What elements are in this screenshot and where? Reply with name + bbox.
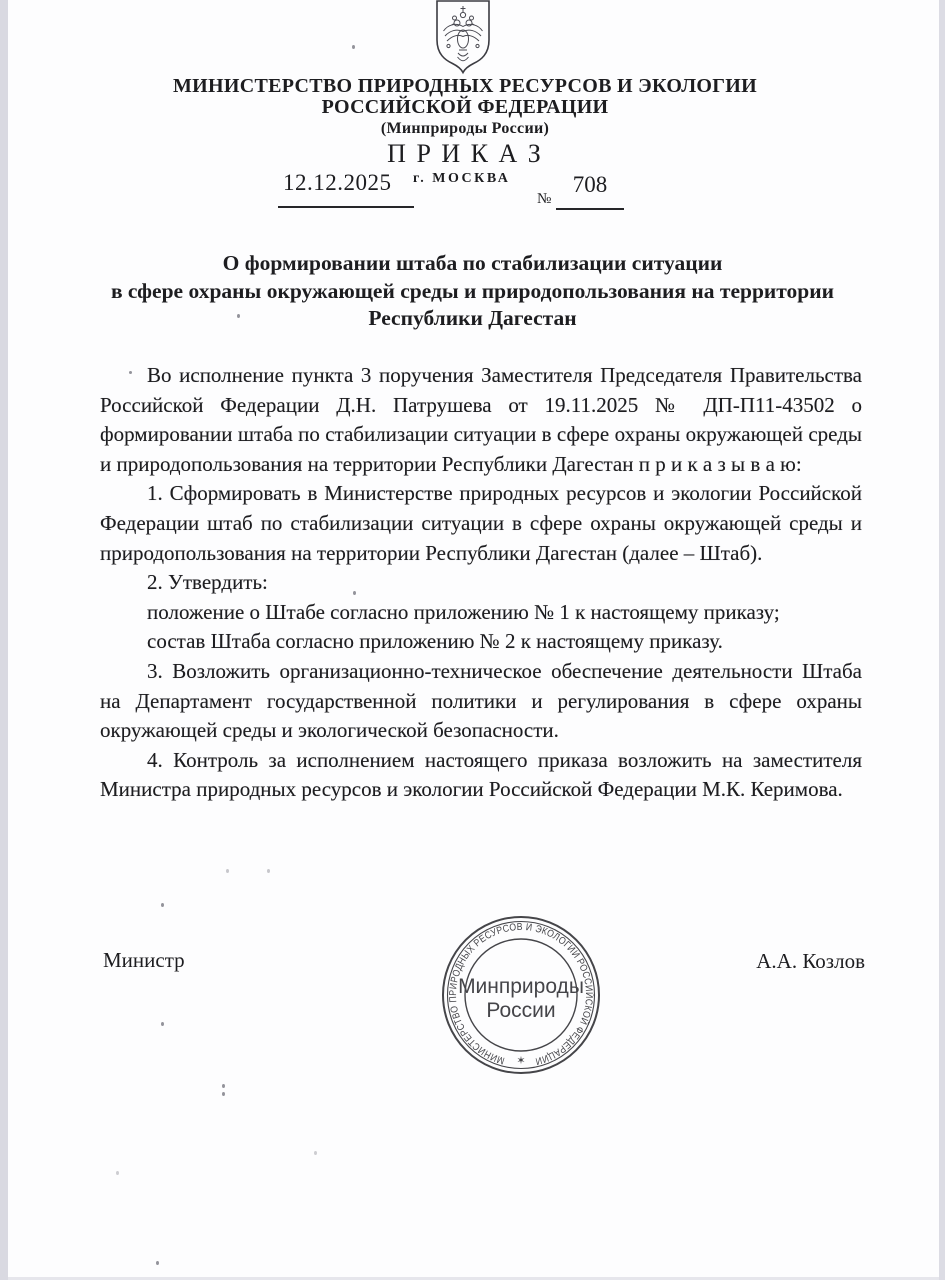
scan-speckle	[156, 1261, 159, 1265]
ministry-name-line1: МИНИСТЕРСТВО ПРИРОДНЫХ РЕСУРСОВ И ЭКОЛОГ…	[0, 76, 930, 97]
order-item-1: 1. Сформировать в Министерстве природных…	[100, 479, 862, 568]
order-item-2: 2. Утвердить:	[100, 568, 862, 598]
scan-speckle	[161, 903, 164, 907]
scan-speckle	[237, 314, 240, 318]
order-title-line2: в сфере охраны окружающей среды и природ…	[60, 278, 885, 306]
order-item-3: 3. Возложить организационно-техническое …	[100, 657, 862, 746]
scan-speckle	[226, 869, 229, 873]
stamp-star: ✶	[516, 1055, 525, 1067]
ministry-round-stamp: МИНИСТЕРСТВО ПРИРОДНЫХ РЕСУРСОВ И ЭКОЛОГ…	[437, 911, 605, 1079]
scan-speckle	[222, 1084, 225, 1088]
order-item-2b: состав Штаба согласно приложению № 2 к н…	[100, 627, 862, 657]
scan-speckle	[222, 1092, 225, 1096]
scan-speckle	[352, 45, 355, 49]
preamble-paragraph: Во исполнение пункта 3 поручения Замести…	[100, 361, 862, 479]
scan-speckle	[116, 1171, 119, 1175]
order-number: 708	[556, 172, 624, 198]
order-item-4: 4. Контроль за исполнением настоящего пр…	[100, 746, 862, 805]
city-label: г. МОСКВА	[413, 171, 510, 187]
order-title-line1: О формировании штаба по стабилизации сит…	[60, 250, 885, 278]
stamp-center-line2: России	[486, 999, 555, 1022]
order-title: О формировании штаба по стабилизации сит…	[60, 250, 885, 333]
scanned-order-document: МИНИСТЕРСТВО ПРИРОДНЫХ РЕСУРСОВ И ЭКОЛОГ…	[0, 0, 945, 1280]
scan-speckle	[314, 1151, 317, 1155]
letterhead: МИНИСТЕРСТВО ПРИРОДНЫХ РЕСУРСОВ И ЭКОЛОГ…	[0, 76, 930, 139]
ministry-short-name: (Минприроды России)	[0, 119, 930, 139]
scan-speckle	[353, 591, 356, 595]
photo-edge-left	[0, 0, 8, 1280]
signatory-position: Министр	[103, 948, 185, 973]
document-type-heading: П Р И К А З	[0, 139, 930, 169]
scan-speckle	[129, 371, 132, 374]
order-body: Во исполнение пункта 3 поручения Замести…	[100, 361, 862, 805]
stamp-center-line1: Минприроды	[458, 975, 584, 998]
photo-edge-right	[939, 0, 945, 1280]
order-title-line3: Республики Дагестан	[60, 305, 885, 333]
scan-speckle	[161, 1022, 164, 1026]
coat-of-arms-icon	[430, 0, 496, 78]
order-item-2a: положение о Штабе согласно приложению № …	[100, 598, 862, 628]
ministry-name-line2: РОССИЙСКОЙ ФЕДЕРАЦИИ	[0, 97, 930, 118]
order-date: 12.12.2025	[283, 170, 392, 196]
number-sign: №	[537, 191, 551, 208]
signatory-name: А.А. Козлов	[756, 949, 865, 974]
prikazyvayu-spaced-text: п р и к а з ы в а ю:	[639, 452, 802, 476]
scan-speckle	[267, 869, 270, 873]
